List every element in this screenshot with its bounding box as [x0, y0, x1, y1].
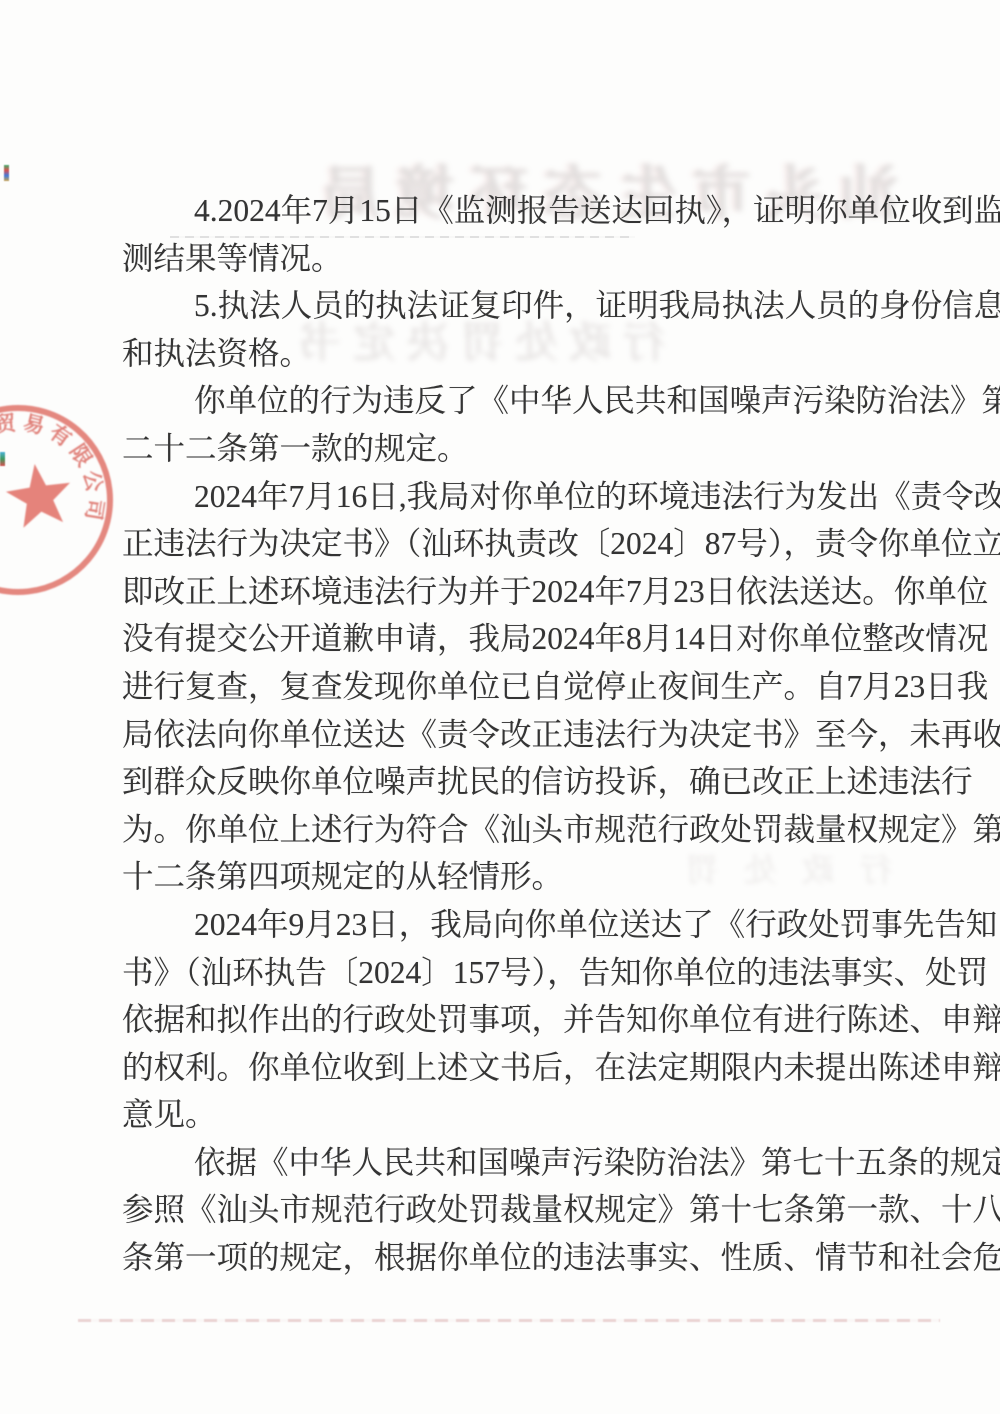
document-line: 你单位的行为违反了《中华人民共和国噪声污染防治法》第 — [122, 377, 892, 425]
document-line: 依据和拟作出的行政处罚事项，并告知你单位有进行陈述、申辩 — [122, 996, 892, 1044]
document-line: 正违法行为决定书》（汕环执责改〔2024〕87号），责令你单位立 — [122, 520, 892, 568]
document-line: 为。你单位上述行为符合《汕头市规范行政处罚裁量权规定》第 — [122, 806, 892, 854]
document-line: 没有提交公开道歉申请，我局2024年8月14日对你单位整改情况 — [122, 615, 892, 663]
seal-star-icon — [0, 453, 85, 539]
red-company-seal: 贸易有限公司 — [0, 398, 125, 608]
document-body: 4.2024年7月15日《监测报告送达回执》，证明你单位收到监 测结果等情况。 … — [122, 187, 892, 1282]
document-line: 测结果等情况。 — [122, 235, 892, 283]
document-line: 进行复查，复查发现你单位已自觉停止夜间生产。自7月23日我 — [122, 663, 892, 711]
document-line: 十二条第四项规定的从轻情形。 — [122, 853, 892, 901]
document-line: 书》（汕环执告〔2024〕157号），告知你单位的违法事实、处罚 — [122, 949, 892, 997]
document-line: 2024年7月16日,我局对你单位的环境违法行为发出《责令改 — [122, 473, 892, 521]
scan-artifact-speck — [4, 165, 9, 181]
scanned-document-page: 汕头市生态环境局 行政处罚决定书 行政处罚 贸易有限公司 4.2024年7月15… — [0, 0, 1000, 1414]
document-line: 2024年9月23日，我局向你单位送达了《行政处罚事先告知 — [122, 901, 892, 949]
document-line: 的权利。你单位收到上述文书后，在法定期限内未提出陈述申辩 — [122, 1044, 892, 1092]
scan-artifact-line — [78, 1319, 940, 1322]
document-line: 即改正上述环境违法行为并于2024年7月23日依法送达。你单位 — [122, 568, 892, 616]
scan-artifact-streak — [170, 236, 635, 238]
document-line: 到群众反映你单位噪声扰民的信访投诉，确已改正上述违法行 — [122, 758, 892, 806]
document-line: 依据《中华人民共和国噪声污染防治法》第七十五条的规定， — [122, 1139, 892, 1187]
document-line: 4.2024年7月15日《监测报告送达回执》，证明你单位收到监 — [122, 187, 892, 235]
document-line: 和执法资格。 — [122, 330, 892, 378]
document-line: 意见。 — [122, 1091, 892, 1139]
document-line: 条第一项的规定，根据你单位的违法事实、性质、情节和社会危 — [122, 1234, 892, 1282]
document-line: 局依法向你单位送达《责令改正违法行为决定书》至今，未再收 — [122, 711, 892, 759]
document-line: 参照《汕头市规范行政处罚裁量权规定》第十七条第一款、十八 — [122, 1186, 892, 1234]
document-line: 二十二条第一款的规定。 — [122, 425, 892, 473]
document-line: 5.执法人员的执法证复印件，证明我局执法人员的身份信息 — [122, 282, 892, 330]
